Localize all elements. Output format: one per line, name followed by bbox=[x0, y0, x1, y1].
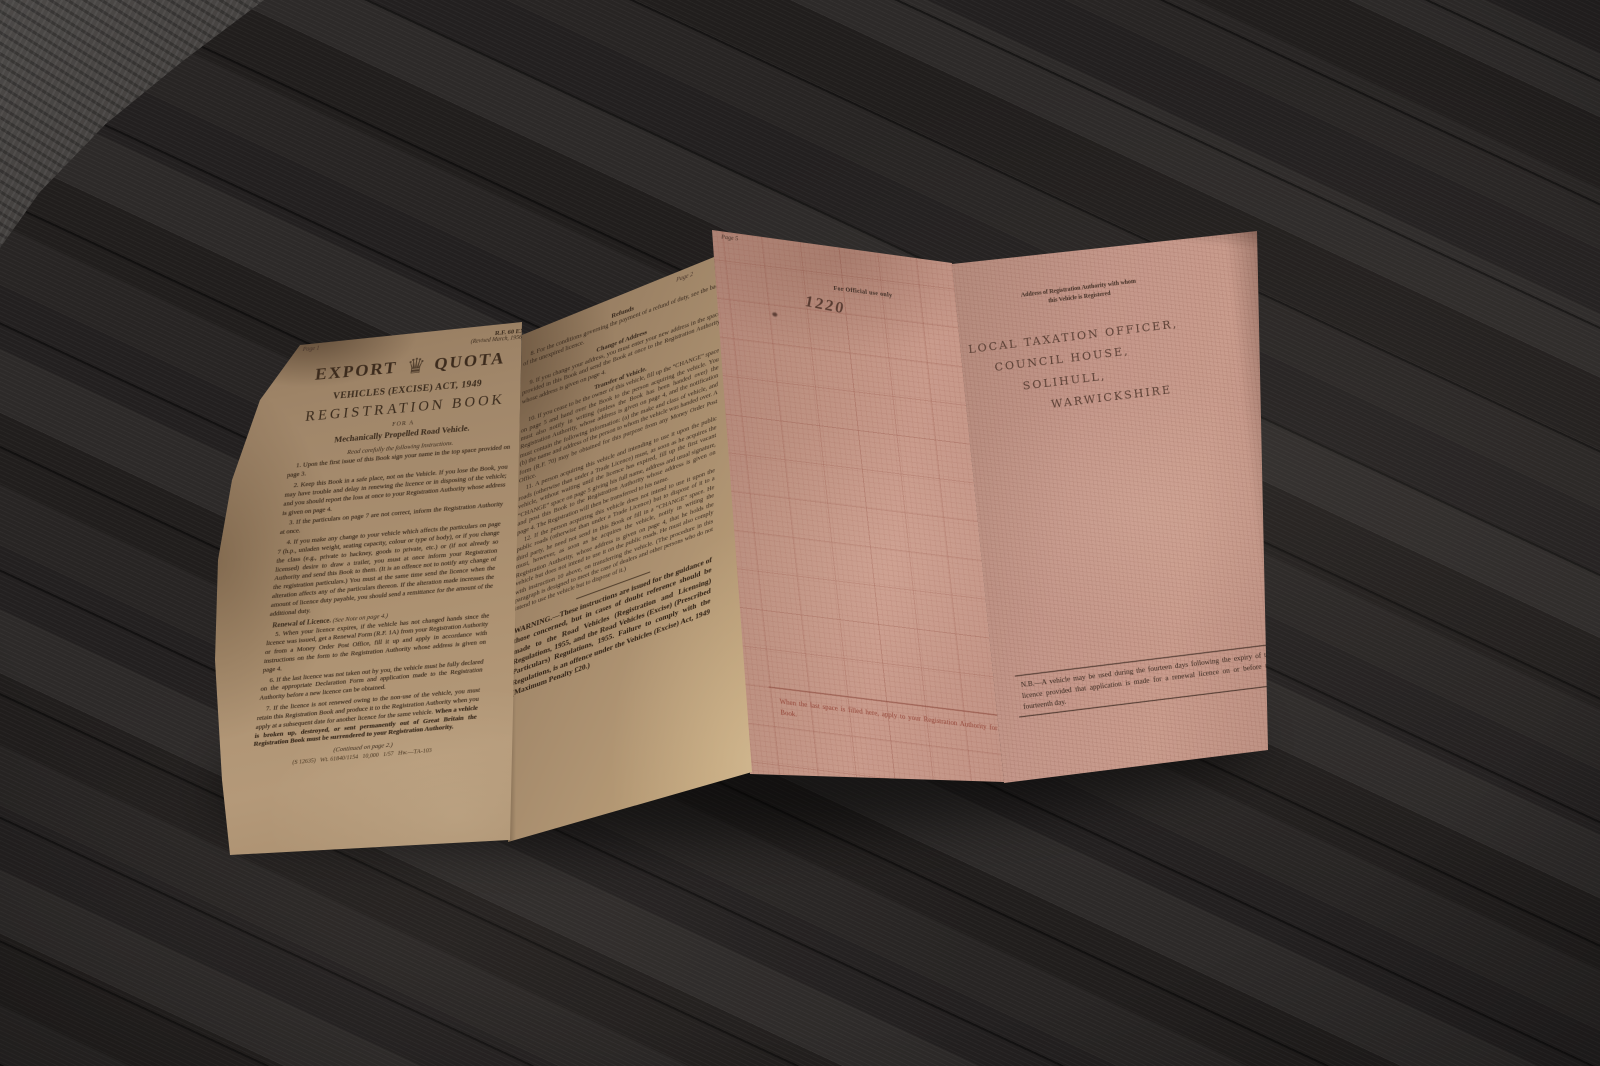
photo-vignette bbox=[0, 0, 1600, 1066]
photo-frame: Page 5 For Official use only 1220 When t… bbox=[0, 0, 1600, 1066]
